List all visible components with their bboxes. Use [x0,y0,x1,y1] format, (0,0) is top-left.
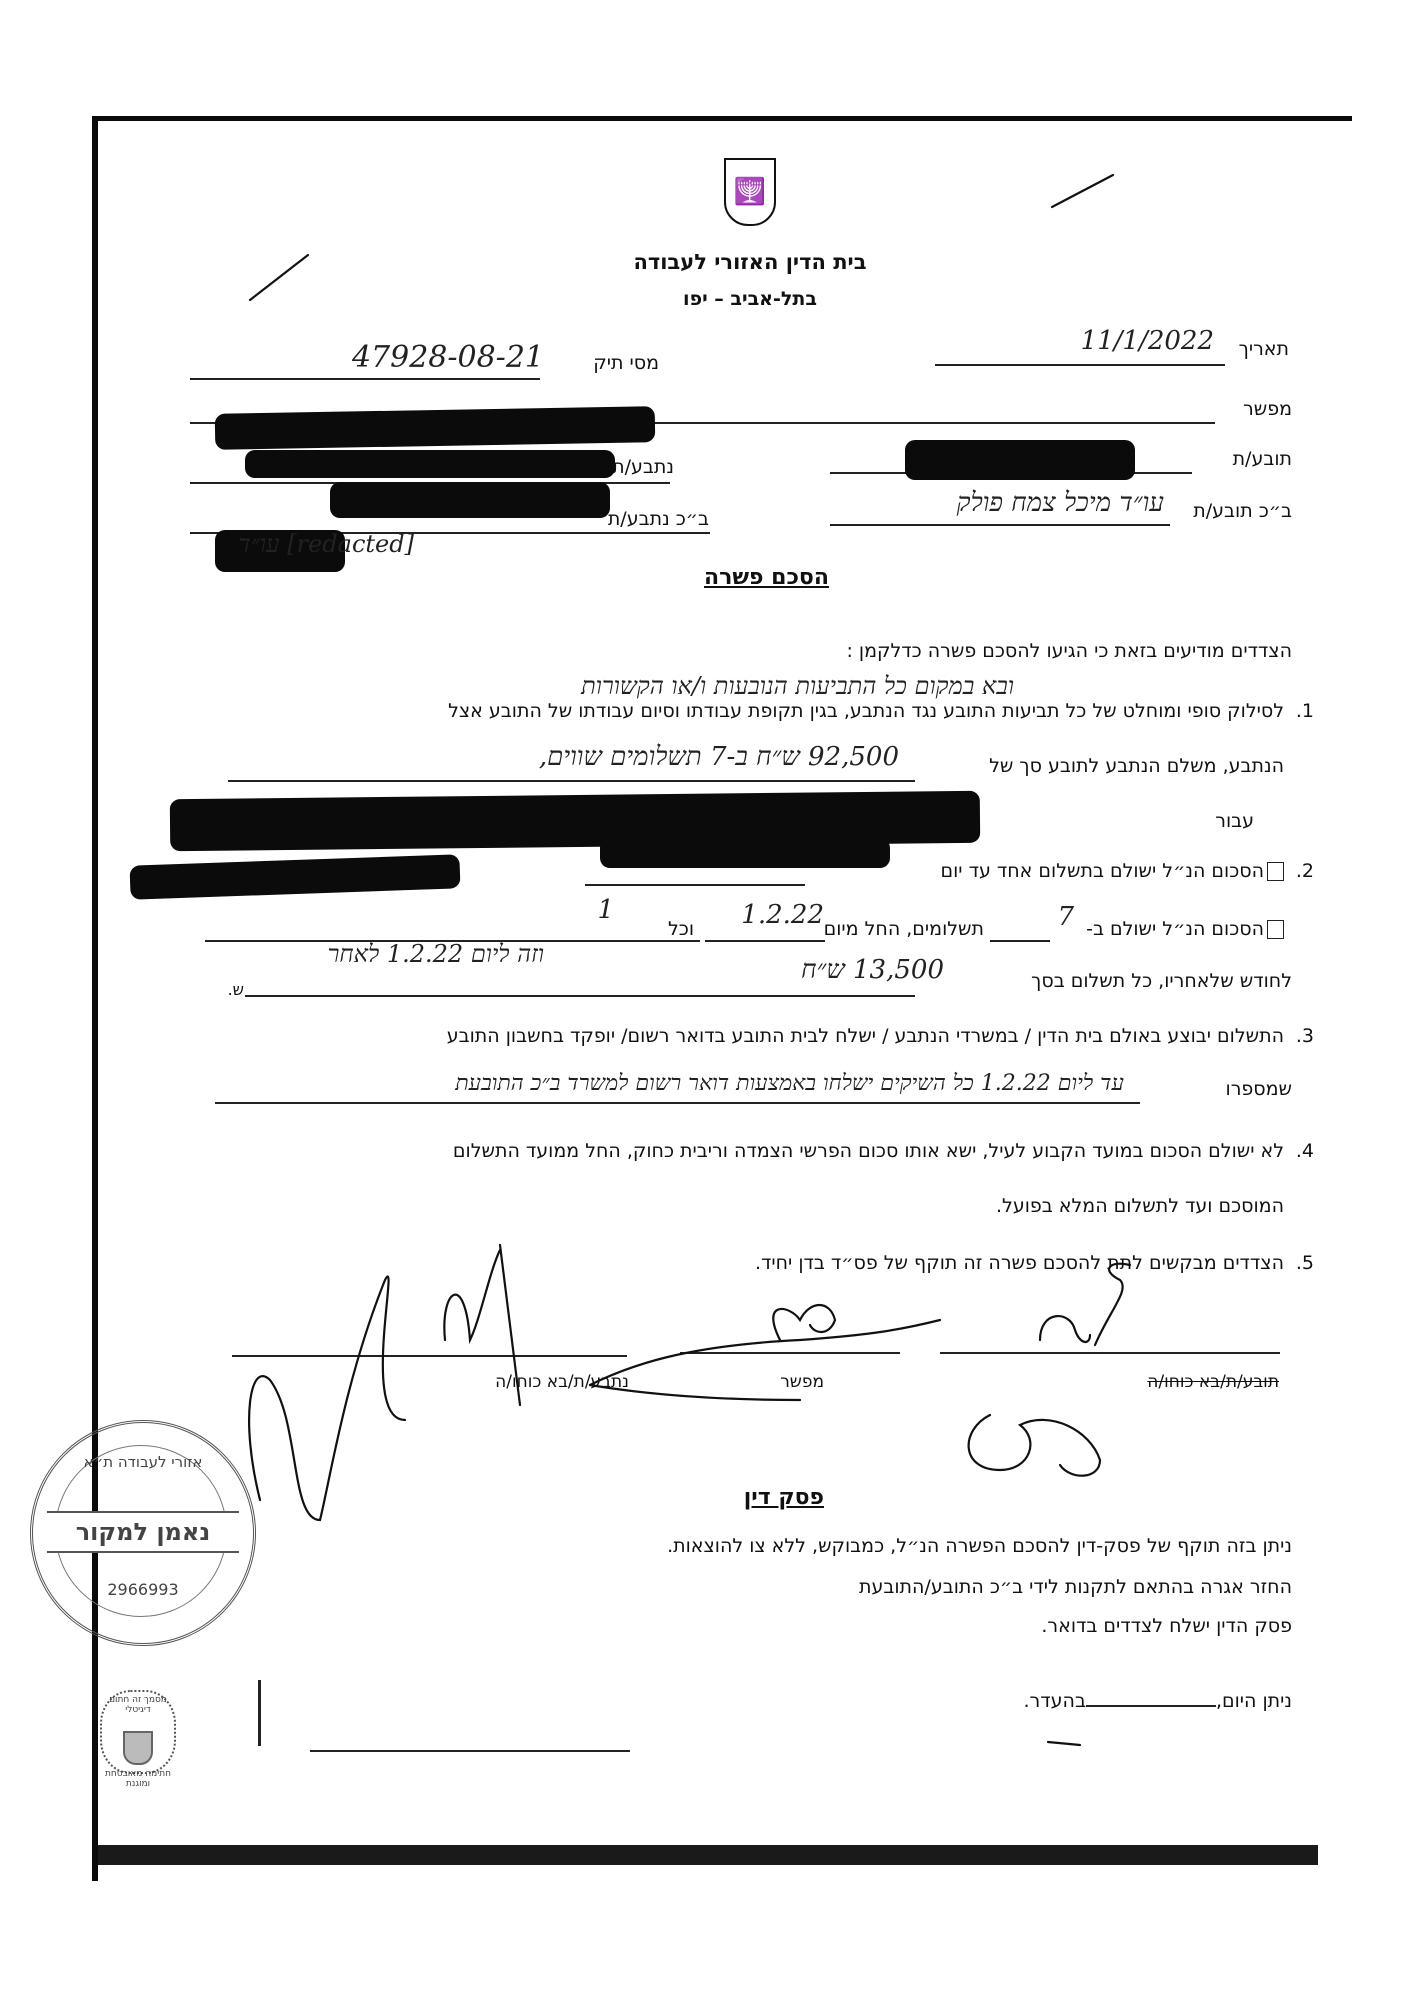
redaction-defendant-3 [330,482,610,518]
plaintiff-signature [1040,1264,1130,1345]
clause-1-handwritten-note: ובא במקום כל התביעות הנובעות ו/או הקשורו… [581,672,1014,701]
every-day-value: 1 [597,895,614,925]
given-today-label: ניתן היום,בהעדר. [1024,1690,1292,1712]
small-stamp-mark [1048,1742,1080,1745]
judgment-line-1: ניתן בזה תוקף של פסק-דין להסכם הפשרה הנ״… [667,1535,1292,1557]
digital-signature-seal: מסמך זה חתום דיגיטלי חתימה מאובטחת ומוגנ… [100,1690,176,1774]
currency-label: ש. [228,980,244,999]
clause-3-account-label: שמספרו [1226,1078,1292,1100]
clause-4-text-cont: המוסכם ועד לתשלום המלא בפועל. [996,1195,1284,1217]
clause-3-text: התשלום יבוצע באולם בית הדין / במשרדי הנת… [447,1025,1284,1047]
redaction-clause-1-c [130,854,461,899]
scan-border-top [92,116,1352,121]
redaction-clause-1-b [600,838,890,868]
given-today-suffix: בהעדר. [1024,1690,1086,1712]
state-emblem-icon: 🕎 [724,158,776,226]
clause-5-text: הצדדים מבקשים לתת להסכם פשרה זה תוקף של … [755,1252,1284,1274]
installments-count: 7 [1057,902,1074,932]
margin-bracket-mark [258,1680,261,1746]
margin-slash-mark [250,255,308,300]
plaintiff-signature-line [940,1352,1280,1354]
clause-3-handwritten-note: עד ליום 1.2.22 כל השיקים ישלחו באמצעות ד… [144,1070,1124,1096]
stamp-number: 2966993 [33,1580,253,1599]
defendant-label: נתבע/ת [612,456,674,478]
option-a-text: הסכום הנ״ל ישולם בתשלום אחד עד יום [941,860,1264,882]
clause-1-amount-underline [228,780,915,782]
clause-1-for-label: עבור [1215,810,1254,832]
clause-2-number: 2. [1296,860,1314,882]
defendant-counsel-label: ב״כ נתבע/ת [608,508,709,530]
redaction-plaintiff [905,440,1135,480]
case-number-value: 47928-08-21 [352,340,544,375]
plaintiff-label: תובע/ת [1233,448,1292,470]
defendant-signature [249,1276,405,1520]
agreement-intro: הצדדים מודיעים בזאת כי הגיעו להסכם פשרה … [846,640,1292,662]
defendant-counsel-value: [redacted] עו״ד [238,530,414,559]
given-today-date-blank [1086,1705,1216,1707]
plaintiff-initials [969,1415,1100,1476]
clause-2-handwritten-note: וזה ליום 1.2.22 לאחר [328,940,544,969]
court-name: בית הדין האזורי לעבודה [540,250,960,274]
clause-1-text: לסילוק סופי ומוחלט של כל תביעות התובע נג… [448,700,1284,722]
clause-1-amount: 92,500 ש״ח ב-7 תשלומים שווים, [539,742,899,772]
mediator-label: מפשר [1243,398,1292,420]
seal-bottom-text: חתימה מאובטחת ומוגנת [102,1769,174,1789]
mediator-underline [655,422,1215,424]
judgment-title: פסק דין [744,1485,824,1510]
mediator-signature-line [680,1352,900,1354]
clause-2-option-b-text: הסכום הנ״ל ישולם ב- [1086,918,1284,940]
seal-top-text: מסמך זה חתום דיגיטלי [102,1692,174,1715]
stamp-main-text: נאמן למקור [76,1518,211,1546]
option-b-mid: תשלומים, החל מיום [824,918,984,940]
clause-2-option-a-underline [585,884,805,886]
scan-border-bottom [98,1845,1318,1865]
clause-1-amount-prefix: הנתבע, משלם הנתבע לתובע סך של [989,755,1284,777]
plaintiff-counsel-value: עו״ד מיכל צמח פולק [957,488,1164,518]
installment-amount: 13,500 ש״ח [801,955,944,985]
start-date-underline [705,940,825,942]
shield-icon [123,1731,153,1765]
case-number-underline [190,378,540,380]
scanned-document-page: 🕎 בית הדין האזורי לעבודה בתל-אביב – יפו … [0,0,1414,2000]
date-underline [935,364,1225,366]
top-right-slash-mark [1052,175,1113,207]
date-value: 11/1/2022 [1081,326,1214,356]
judge-signature-line [310,1750,630,1752]
option-single-payment-checkbox[interactable] [1267,862,1284,881]
account-number-underline [215,1102,1140,1104]
clause-5-number: 5. [1296,1252,1314,1274]
clause-4-number: 4. [1296,1140,1314,1162]
defendant-signature-label: נתבע/ת/בא כוחו/ה [495,1372,629,1392]
date-label: תאריך [1239,338,1289,360]
true-copy-stamp: אזורי לעבודה ת״א נאמן למקור 2966993 [30,1420,256,1646]
given-today-prefix: ניתן היום, [1216,1690,1292,1712]
installment-amount-underline [245,995,915,997]
clause-1-number: 1. [1296,700,1314,722]
redaction-defendant-2 [245,450,615,478]
agreement-title: הסכם פשרה [704,565,829,590]
plaintiff-counsel-underline [830,524,1170,526]
option-b-line2: לחודש שלאחריו, כל תשלום בסך [1031,970,1292,992]
judgment-line-3: פסק הדין ישלח לצדדים בדואר. [1041,1615,1292,1637]
clause-3-number: 3. [1296,1025,1314,1047]
court-city: בתל-אביב – יפו [540,288,960,310]
stamp-main-band: נאמן למקור [47,1511,239,1553]
installments-underline [990,940,1050,942]
case-number-label: מסי תיק [593,352,659,374]
mediator-signature [590,1305,940,1385]
defendant-signature-line [232,1355,627,1357]
mediator-signature-label: מפשר [780,1372,824,1392]
clause-4-text: לא ישולם הסכום במועד הקבוע לעיל, ישא אות… [453,1140,1284,1162]
start-date: 1.2.22 [741,900,824,930]
clause-2-option-a: הסכום הנ״ל ישולם בתשלום אחד עד יום [941,860,1284,882]
plaintiff-signature-label: תובע/ת/בא כוחו/ה [1147,1372,1279,1392]
judgment-line-2: החזר אגרה בהתאם לתקנות לידי ב״כ התובע/הת… [859,1576,1292,1598]
option-installments-checkbox[interactable] [1267,920,1284,939]
option-b-and-every: וכל [668,918,694,940]
stamp-top-text: אזורי לעבודה ת״א [33,1453,253,1471]
redaction-defendant-1 [215,406,656,450]
plaintiff-counsel-label: ב״כ תובע/ת [1193,500,1292,522]
option-b-prefix: הסכום הנ״ל ישולם ב- [1086,918,1264,940]
